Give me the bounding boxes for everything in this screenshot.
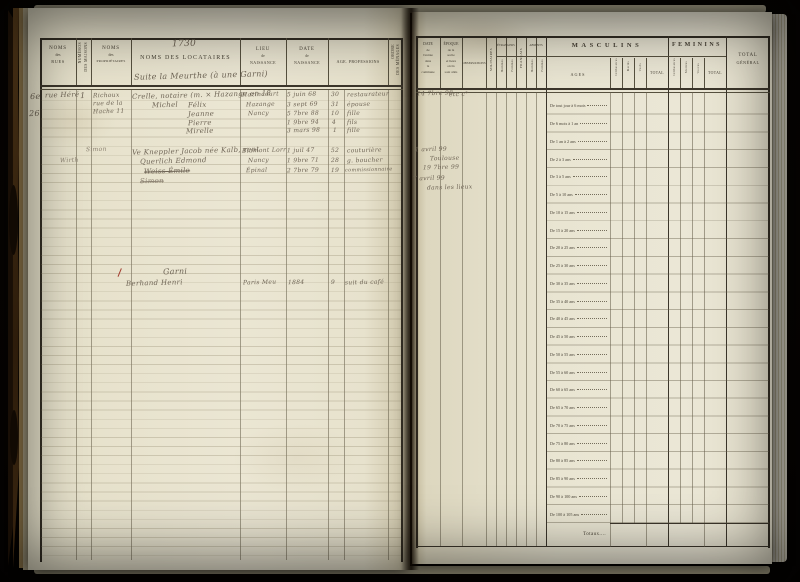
col-header-locataires: NOMS DES LOCATAIRES <box>131 55 240 61</box>
subcol-fem-celibataires: Célibataires <box>673 58 676 76</box>
handwriting-birthplace: Hazange <box>246 101 275 109</box>
age-row: De 40 à 45 ans <box>546 310 610 328</box>
subcol-etrangers-femmes: Femmes <box>510 59 514 72</box>
age-row-label: De tout jour à 6 mois <box>546 103 585 108</box>
subcol-fem-veuves: Veuves <box>697 63 700 73</box>
age-row-label: De 2 à 3 ans <box>546 157 571 162</box>
col-header-epoque-sortie: ÉPOQUE de la sortie et lieux où ils sont… <box>440 41 462 75</box>
dotted-leader <box>577 478 607 479</box>
age-row-label: De 25 à 30 ans <box>546 263 575 268</box>
handwriting-departure-date: 19 7bre 99 <box>423 164 459 172</box>
age-row: De 60 à 65 ans <box>546 381 610 399</box>
dotted-leader <box>577 372 607 373</box>
rule <box>40 85 403 87</box>
dotted-leader <box>577 318 607 319</box>
ages-rows: De tout jour à 6 moisDe 6 mois à 1 anDe … <box>546 97 610 523</box>
totals-row-label: Totaux.... <box>546 532 606 537</box>
age-row-label: De 65 à 70 ans <box>546 405 575 410</box>
handwriting-age: 28 <box>331 157 339 164</box>
age-row-label: De 15 à 20 ans <box>546 228 575 233</box>
rule <box>486 92 487 546</box>
handwriting-birthdate: 3 mars 98 <box>287 127 320 135</box>
age-row-label: De 75 à 80 ans <box>546 441 575 446</box>
col-header-date: DATE de NAISSANCE <box>286 46 328 67</box>
age-row: De 6 mois à 1 an <box>546 115 610 133</box>
handwriting-age: 10 <box>331 110 339 117</box>
rule <box>610 58 611 88</box>
dotted-leader <box>580 123 607 124</box>
subcol-masc-celibataires: Célibataires <box>615 58 618 76</box>
handwriting-profession: épouse <box>347 101 370 109</box>
subcol-fem-total: TOTAL <box>704 71 726 75</box>
age-row-label: De 60 à 65 ans <box>546 387 575 392</box>
handwriting-age: 1 <box>333 127 337 134</box>
col-header-francais: FRANÇAIS <box>519 48 523 68</box>
age-row: De 70 à 75 ans <box>546 417 610 435</box>
dotted-leader <box>573 176 607 177</box>
page-stack-edge-right <box>770 14 787 562</box>
age-row: De 90 à 100 ans <box>546 488 610 506</box>
age-row: De 1 an à 2 ans <box>546 133 610 151</box>
dotted-leader <box>577 212 607 213</box>
handwriting-proprietor-name: Wirth <box>60 157 79 164</box>
handwriting-birthdate: 1 9bre 71 <box>287 157 319 165</box>
group-header-absents: ABSENTS <box>526 43 546 47</box>
group-header-masculins: MASCULINS <box>546 42 668 49</box>
age-row: De 50 à 55 ans <box>546 346 610 364</box>
handwriting-birthdate: 1 9bre 94 <box>287 119 319 127</box>
dotted-leader <box>577 425 607 426</box>
handwriting-margin-mark: 26 <box>29 109 40 118</box>
handwriting-proprietor-name: Richoux <box>93 92 120 100</box>
col-header-date-entree: DATE de l'entrée dans la commune <box>416 41 440 75</box>
handwriting-profession: fils <box>347 119 358 126</box>
col-header-maisons: DES MAISONS <box>84 42 88 72</box>
handwriting-birthplace: Hazincourt <box>242 91 279 99</box>
handwriting-arrival-note: etc c° <box>449 91 469 99</box>
rule <box>496 56 726 57</box>
rule <box>416 36 770 38</box>
age-row: De 30 à 35 ans <box>546 275 610 293</box>
handwriting-age: 19 <box>331 167 339 174</box>
age-row-label: De 100 à 105 ans <box>546 512 579 517</box>
dotted-leader <box>577 247 607 248</box>
dotted-leader <box>577 336 607 337</box>
handwriting-birthplace: Paris Meu <box>243 279 277 287</box>
age-row: De 15 à 20 ans <box>546 221 610 239</box>
dotted-leader <box>575 194 607 195</box>
rule <box>536 92 537 546</box>
handwriting-tenant-name: Berhand Henri <box>126 278 183 287</box>
rule <box>40 38 403 40</box>
dotted-leader <box>577 283 607 284</box>
subcol-fem-mariees: Mariées <box>685 61 688 73</box>
col-header-rues: NOMS des RUES <box>40 45 76 66</box>
handwriting-age: 4 <box>332 119 336 126</box>
age-row: De 85 à 90 ans <box>546 470 610 488</box>
col-header-ordre: DES MÉNAGES <box>396 44 400 75</box>
dotted-leader <box>579 496 607 497</box>
dotted-leader <box>577 230 607 231</box>
rule <box>506 92 507 546</box>
dotted-leader <box>578 141 607 142</box>
col-header-ages: AGES <box>546 72 610 77</box>
handwriting-header-scribble: 1730 <box>172 39 196 50</box>
handwriting-margin-mark: 6e <box>30 92 41 101</box>
handwriting-age: 52 <box>331 147 339 154</box>
age-row-label: De 40 à 45 ans <box>546 316 575 321</box>
register-photo: NOMS des RUES NUMÉROS DES MAISONS NOMS d… <box>0 0 800 582</box>
handwriting-tenant-name: Félix <box>188 101 207 109</box>
age-row-label: De 80 à 85 ans <box>546 458 575 463</box>
handwriting-profession: commissionnaire <box>345 166 393 173</box>
rule <box>76 38 77 85</box>
handwriting-birthdate: 3 sept 69 <box>287 101 318 109</box>
handwriting-profession: fille <box>347 127 360 134</box>
handwriting-profession: couturière <box>347 147 382 155</box>
rule <box>486 38 487 88</box>
age-row-label: De 30 à 35 ans <box>546 281 575 286</box>
col-header-ordre: ORDRE <box>391 44 395 59</box>
col-header-maisons: NUMÉROS <box>78 42 82 63</box>
age-row: De 55 à 60 ans <box>546 363 610 381</box>
dotted-leader <box>577 354 607 355</box>
subcol-absents-hommes: Hommes <box>530 59 534 72</box>
col-header-proprietaires: NOMS des PROPRIÉTAIRES <box>91 45 131 65</box>
handwriting-birthdate: 5 juin 68 <box>287 91 317 99</box>
col-header-lieu: LIEU de NAISSANCE <box>240 46 286 67</box>
rule <box>401 38 403 562</box>
age-row: De 75 à 80 ans <box>546 434 610 452</box>
rule <box>692 58 693 88</box>
handwriting-stay-note: dans les lieux <box>427 183 473 191</box>
handwriting-proprietor-name: Hache 11 <box>93 108 125 116</box>
dotted-leader <box>587 105 607 106</box>
age-row: De 80 à 85 ans <box>546 452 610 470</box>
leather-blot <box>10 410 18 465</box>
subcol-etrangers-hommes: Hommes <box>500 59 504 72</box>
rule <box>622 58 623 88</box>
dotted-leader <box>573 159 607 160</box>
age-row-label: De 55 à 60 ans <box>546 370 575 375</box>
rule <box>496 92 497 546</box>
age-row-label: De 5 à 10 ans <box>546 192 573 197</box>
age-row: De 35 à 40 ans <box>546 292 610 310</box>
handwriting-birthdate: 2 7bre 79 <box>287 167 319 175</box>
age-row-label: De 35 à 40 ans <box>546 299 575 304</box>
handwriting-arrival-date: 1 avril 99 <box>415 146 447 154</box>
rule <box>416 88 770 90</box>
dotted-leader <box>581 514 607 515</box>
dotted-leader <box>577 301 607 302</box>
dotted-leader <box>577 460 607 461</box>
handwriting-garni-note: Garni <box>163 267 187 277</box>
age-row-label: De 90 à 100 ans <box>546 494 577 499</box>
age-row: De tout jour à 6 mois <box>546 97 610 115</box>
age-row: De 65 à 70 ans <box>546 399 610 417</box>
rule <box>416 546 770 547</box>
subcol-absents-femmes: Femmes <box>540 59 544 72</box>
subcol-masc-total: TOTAL <box>646 71 668 75</box>
col-header-militaires: MILITAIRES <box>489 48 493 71</box>
subcol-masc-veufs: Veufs <box>639 63 642 71</box>
handwriting-departure-place: Toulouse <box>430 155 460 163</box>
group-header-feminins: FEMININS <box>668 42 726 48</box>
handwriting-birthplace: Nancy <box>248 157 269 165</box>
handwriting-arrival-date: 14 7bre 98 <box>417 90 453 98</box>
handwriting-profession: g. boucher <box>347 157 383 165</box>
handwriting-tenant-name: Mirelle <box>186 127 214 136</box>
handwriting-arrival-date: 7 avril 99 <box>413 175 445 183</box>
handwriting-birthplace: Blamont Lorr <box>242 146 286 154</box>
rule <box>634 58 635 88</box>
handwriting-age: 31 <box>331 101 339 108</box>
age-row-label: De 3 à 5 ans <box>546 174 571 179</box>
rule <box>610 523 770 524</box>
dotted-leader <box>577 389 607 390</box>
handwriting-birthplace: Nancy <box>248 110 269 118</box>
rule <box>416 36 418 548</box>
age-row: De 25 à 30 ans <box>546 257 610 275</box>
handwriting-birthdate: 1 juil 47 <box>287 147 315 155</box>
age-row: De 5 à 10 ans <box>546 186 610 204</box>
age-row: De 2 à 3 ans <box>546 150 610 168</box>
age-row: De 45 à 50 ans <box>546 328 610 346</box>
rule <box>416 92 770 93</box>
group-header-etrangers: ÉTRANGERS <box>496 43 516 47</box>
rule <box>131 38 132 85</box>
handwriting-proprietor-name: Simon <box>86 146 107 154</box>
age-row-label: De 70 à 75 ans <box>546 423 575 428</box>
dotted-leader <box>577 265 607 266</box>
leather-blot <box>9 185 18 255</box>
handwriting-tenant-name: Weiss Émile <box>144 166 190 175</box>
age-row-label: De 20 à 25 ans <box>546 245 575 250</box>
rule <box>680 58 681 88</box>
handwriting-tenant-name: Jeanne <box>188 110 214 119</box>
age-row: De 3 à 5 ans <box>546 168 610 186</box>
dotted-leader <box>577 407 607 408</box>
handwriting-street-name: rue Héré <box>45 91 80 100</box>
rule <box>516 92 517 546</box>
rule <box>462 92 463 546</box>
age-row-label: De 45 à 50 ans <box>546 334 575 339</box>
col-header-total-general: TOTAL GÉNÉRAL <box>726 52 770 65</box>
rule <box>388 38 389 85</box>
age-row: De 20 à 25 ans <box>546 239 610 257</box>
handwriting-birthdate: 1884 <box>288 279 305 286</box>
handwriting-birthdate: 5 7bre 88 <box>287 110 319 118</box>
handwriting-tenant-name: Michel <box>152 101 178 110</box>
handwriting-age: 30 <box>331 91 339 98</box>
age-row-label: De 85 à 90 ans <box>546 476 575 481</box>
age-row-label: De 10 à 15 ans <box>546 210 575 215</box>
col-header-age-professions: AGE. PROFESSIONS <box>328 59 388 64</box>
col-header-observations: OBSERVATIONS <box>462 61 486 65</box>
rule <box>526 92 527 546</box>
age-row-label: De 6 mois à 1 an <box>546 121 578 126</box>
handwriting-age: 9 <box>331 279 335 286</box>
rule <box>516 38 517 88</box>
age-row-label: De 50 à 55 ans <box>546 352 575 357</box>
age-row-label: De 1 an à 2 ans <box>546 139 576 144</box>
handwriting-profession: fille <box>347 110 360 117</box>
subcol-masc-maries: Mariés <box>627 61 630 71</box>
dotted-leader <box>577 443 607 444</box>
handwriting-profession: suit du café <box>345 278 384 286</box>
age-row: De 10 à 15 ans <box>546 204 610 222</box>
handwriting-house-number: 1 <box>80 91 86 100</box>
handwriting-profession: restaurateur <box>347 90 389 98</box>
handwriting-tenant-name: Simon <box>140 177 164 186</box>
age-row: De 100 à 105 ans <box>546 505 610 523</box>
handwriting-birthplace: Épinal <box>246 167 267 175</box>
handwriting-proprietor-name: rue de la <box>93 100 123 108</box>
